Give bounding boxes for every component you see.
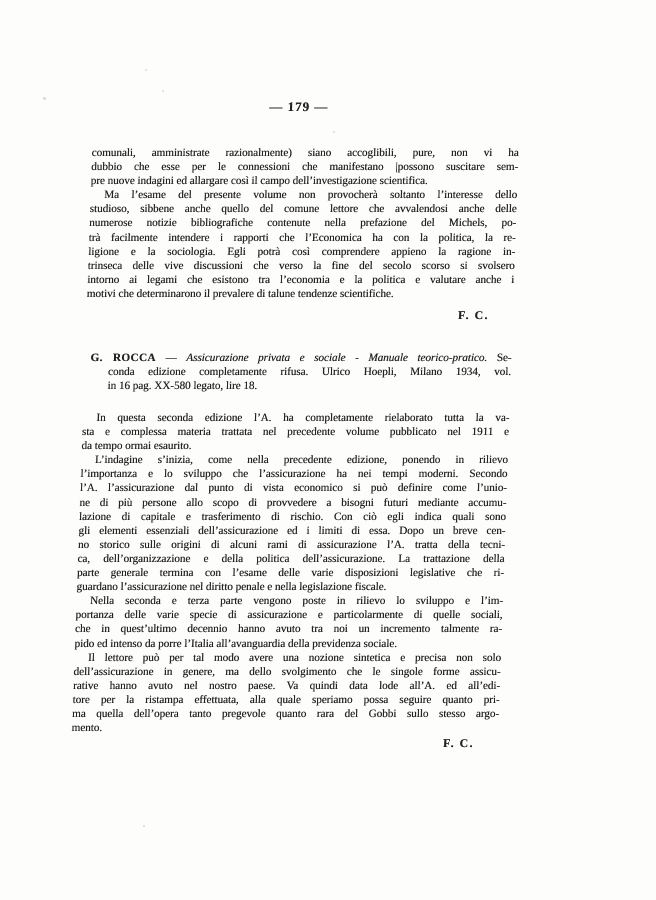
text-line: l’importanza e lo sviluppo che l’assicur… <box>80 467 507 481</box>
text-line: ligione e la sociologia. Egli potrà così… <box>88 245 515 259</box>
scan-speck <box>143 825 145 827</box>
text-line: Il lettore può per tal modo avere una no… <box>74 651 501 665</box>
text-line: l’A. l’assicurazione dal punto di vista … <box>80 481 507 495</box>
text-line: da tempo ormai esaurito. <box>81 439 508 453</box>
text-block-continuation: comunali, amministrate razionalmente) si… <box>86 146 518 301</box>
text-line: pre nuove indagini ed allargare così il … <box>90 174 517 188</box>
text-line: L’indagine s’inizia, come nella preceden… <box>81 453 508 467</box>
text-line: lazione di capitale e trasferimento di r… <box>79 510 506 524</box>
biblio-text: — <box>156 352 187 364</box>
text-line: intorno ai legami che esistono tra l’eco… <box>87 273 514 287</box>
text-line: mento. <box>71 721 498 735</box>
text-line: dubbio che esse per le connessioni che m… <box>91 160 518 174</box>
scanned-page: — 179 — comunali, amministrate razionalm… <box>0 0 656 900</box>
scan-speck <box>43 97 46 100</box>
text-line: Nella seconda e terza parte vengono post… <box>76 594 503 608</box>
text-line: rative hanno avuto nel nostro paese. Va … <box>73 679 500 693</box>
text-line: ca, dell’organizzazione e della politica… <box>77 552 504 566</box>
text-line: in 16 pag. XX-580 legato, lire 18. <box>83 379 510 393</box>
text-line: comunali, amministrate razionalmente) si… <box>91 146 518 160</box>
text-line: dell’assicurazione in genere, ma dello s… <box>73 665 500 679</box>
text-line: trà facilmente intendere i rapporti che … <box>88 231 515 245</box>
text-line: gli elementi essenziali dell’assicurazio… <box>78 524 505 538</box>
page-content: — 179 — comunali, amministrate razionalm… <box>0 0 656 900</box>
text-line: pido ed intenso da porre l’Italia all’av… <box>74 637 501 651</box>
text-line: guardano l’assicurazione nel diritto pen… <box>76 580 503 594</box>
biblio-title: Assicurazione privata e sociale - Manual… <box>186 352 487 364</box>
text-line: parte generale termina con l’esame delle… <box>77 566 504 580</box>
scan-speck <box>333 131 335 133</box>
reviewer-signature-first: F. C. <box>86 308 514 323</box>
scan-speck <box>145 69 147 71</box>
text-line: portanza delle varie specie di assicuraz… <box>75 608 502 622</box>
text-line: Ma l’esame del presente volume non provo… <box>90 188 517 202</box>
text-line: studioso, sibbene anche quello del comun… <box>89 202 516 216</box>
text-block-review: In questa seconda edizione l’A. ha compl… <box>71 411 509 735</box>
text-line: che in quest’ultimo decennio hanno avuto… <box>75 622 502 636</box>
text-line: In questa seconda edizione l’A. ha compl… <box>82 411 509 425</box>
text-line: tore per la ristampa effettuata, alla qu… <box>72 693 499 707</box>
text-line: no storico sulle origini di alcuni rami … <box>78 538 505 552</box>
text-line: sta e complessa materia trattata nel pre… <box>82 425 509 439</box>
text-line: G. ROCCA — Assicurazione privata e socia… <box>84 351 511 365</box>
text-line: motivi che determinarono il prevalere di… <box>86 287 513 301</box>
bibliography-entry: G. ROCCA — Assicurazione privata e socia… <box>83 351 511 393</box>
scan-speck <box>162 90 164 92</box>
biblio-text: Se- <box>487 352 512 364</box>
page-number: — 179 — <box>85 99 513 115</box>
text-line: trinseca delle vive discussioni che vers… <box>87 259 514 273</box>
biblio-author: G. ROCCA <box>90 352 156 364</box>
reviewer-signature-second: F. C. <box>71 736 499 751</box>
text-line: ne di più persone allo scopo di provvede… <box>79 496 506 510</box>
text-line: ma quella dell’opera tanto pregevole qua… <box>72 707 499 721</box>
text-line: numerose notizie bibliografiche contenut… <box>89 216 516 230</box>
text-line: conda edizione completamente rifusa. Ulr… <box>84 365 511 379</box>
